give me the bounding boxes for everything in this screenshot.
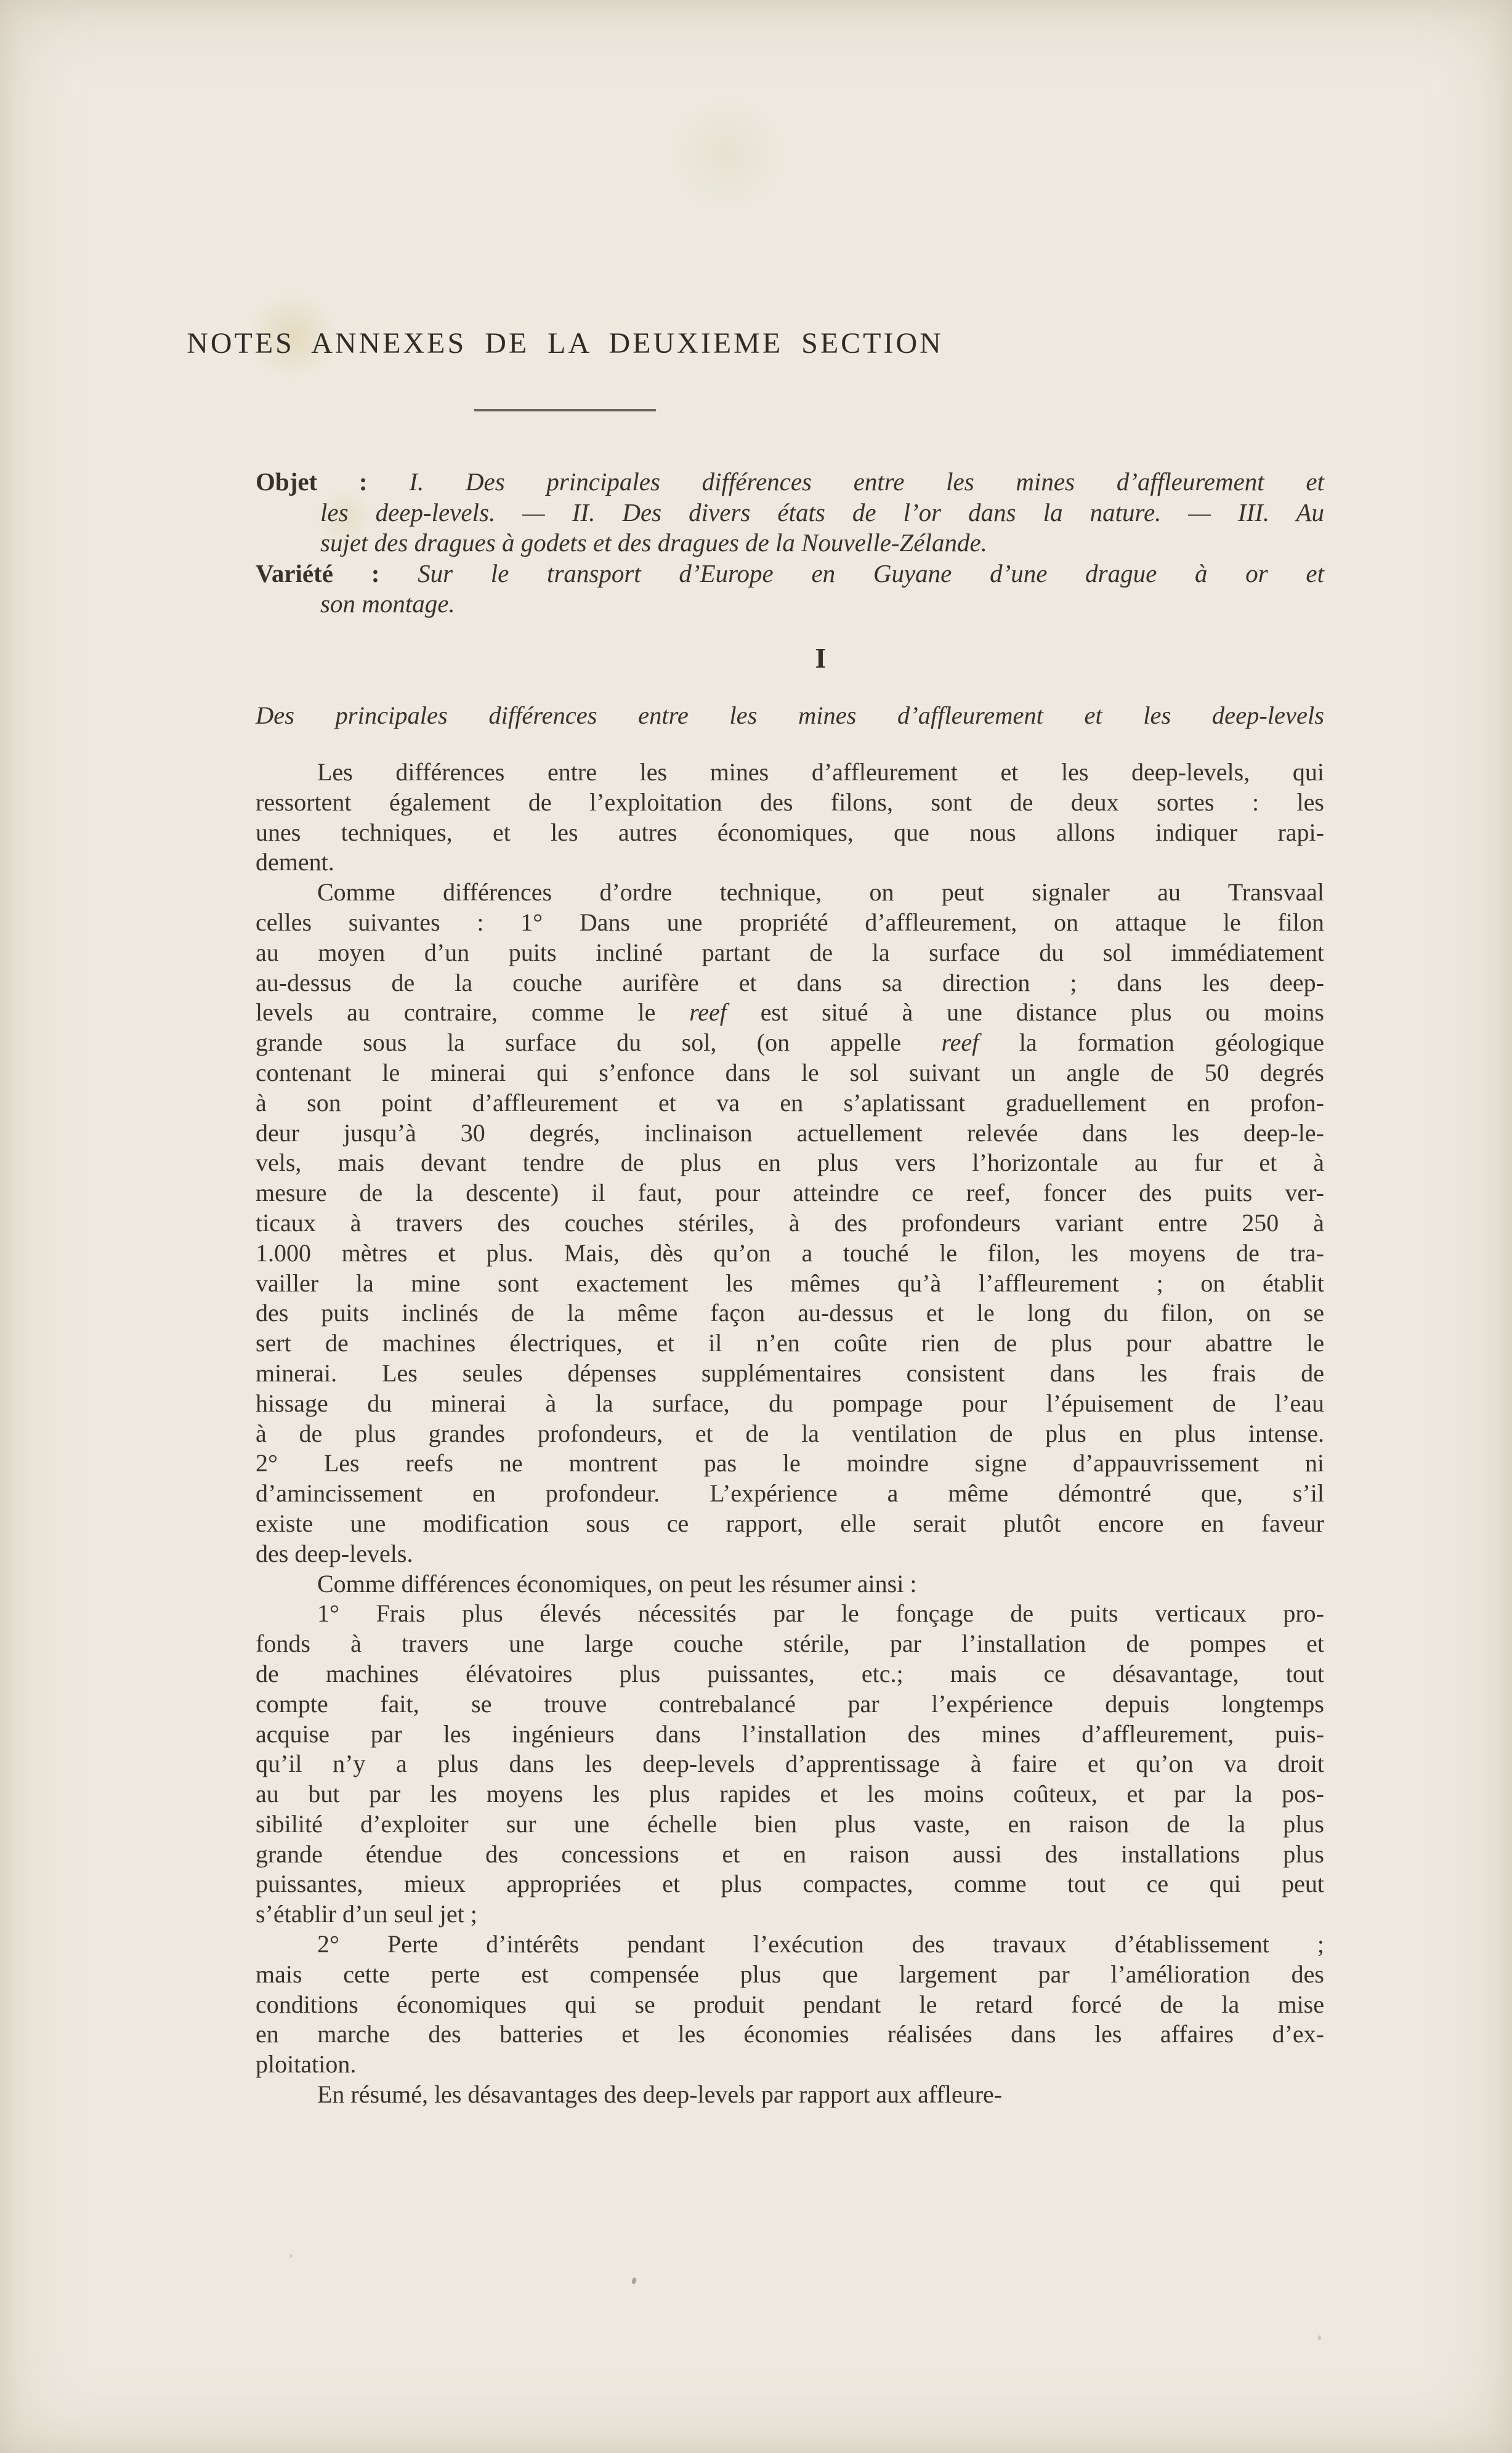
body-text: au-dessus de la couche aurifère et dans … bbox=[256, 969, 1324, 996]
body-text: des deep-levels. bbox=[256, 1540, 413, 1567]
body-line: mais cette perte est compensée plus que … bbox=[256, 1960, 1324, 1990]
paper-speck bbox=[1318, 2335, 1321, 2340]
body-line: deur jusqu’à 30 degrés, inclinaison actu… bbox=[256, 1118, 1324, 1149]
objet-label: Objet : bbox=[256, 467, 368, 496]
body-text: à de plus grandes profondeurs, et de la … bbox=[256, 1420, 1324, 1447]
objet-line: son montage. bbox=[256, 589, 1324, 620]
body-text: de machines élévatoires plus puissantes,… bbox=[256, 1660, 1324, 1687]
paper-stain bbox=[665, 99, 788, 209]
body-line: ploitation. bbox=[256, 2050, 1324, 2080]
objet-text: sujet des dragues à godets et des drague… bbox=[320, 528, 987, 557]
body-text: mesure de la descente) il faut, pour att… bbox=[256, 1179, 1324, 1206]
body-line: des puits inclinés de la même façon au-d… bbox=[256, 1298, 1324, 1328]
body-text: vailler la mine sont exactement les même… bbox=[256, 1269, 1324, 1297]
body-line: levels au contraire, comme le reef est s… bbox=[256, 998, 1324, 1028]
body-text: dement. bbox=[256, 848, 334, 876]
objet-block: Objet : I. Des principales différences e… bbox=[256, 467, 1324, 620]
body-line: 1° Frais plus élevés nécessités par le f… bbox=[256, 1599, 1324, 1629]
body-text: minerai. Les seules dépenses supplémenta… bbox=[256, 1359, 1324, 1387]
objet-label: Variété : bbox=[256, 559, 379, 588]
body-line: dement. bbox=[256, 847, 1324, 878]
body-text: 1.000 mètres et plus. Mais, dès qu’on a … bbox=[256, 1239, 1324, 1267]
body-line: au-dessus de la couche aurifère et dans … bbox=[256, 968, 1324, 998]
body-line: 1.000 mètres et plus. Mais, dès qu’on a … bbox=[256, 1239, 1324, 1269]
body-line: qu’il n’y a plus dans les deep-levels d’… bbox=[256, 1749, 1324, 1779]
body-line: de machines élévatoires plus puissantes,… bbox=[256, 1659, 1324, 1689]
body-line: s’établir d’un seul jet ; bbox=[256, 1899, 1324, 1930]
body-text: levels au contraire, comme le bbox=[256, 998, 689, 1026]
body-line: existe une modification sous ce rapport,… bbox=[256, 1509, 1324, 1539]
body-text: sert de machines électriques, et il n’en… bbox=[256, 1329, 1324, 1357]
body-text: vels, mais devant tendre de plus en plus… bbox=[256, 1149, 1324, 1176]
body-line: sibilité d’exploiter sur une échelle bie… bbox=[256, 1809, 1324, 1840]
body-text: En résumé, les désavantages des deep-lev… bbox=[317, 2080, 1002, 2108]
body-text: Comme différences économiques, on peut l… bbox=[317, 1570, 916, 1598]
body-line: en marche des batteries et les économies… bbox=[256, 2019, 1324, 2050]
body-text: des puits inclinés de la même façon au-d… bbox=[256, 1299, 1324, 1327]
body-line: au moyen d’un puits incliné partant de l… bbox=[256, 938, 1324, 968]
body-text: 1° Frais plus élevés nécessités par le f… bbox=[317, 1599, 1324, 1627]
objet-text: son montage. bbox=[320, 589, 455, 618]
body-line: celles suivantes : 1° Dans une propriété… bbox=[256, 908, 1324, 938]
italic-term: reef bbox=[689, 998, 727, 1026]
body-text: est situé à une distance plus ou moins bbox=[727, 998, 1324, 1026]
body-line: ticaux à travers des couches stériles, à… bbox=[256, 1208, 1324, 1239]
paper-speck bbox=[631, 2277, 637, 2285]
body-text: Les différences entre les mines d’affleu… bbox=[317, 758, 1324, 786]
body-line: à de plus grandes profondeurs, et de la … bbox=[256, 1419, 1324, 1449]
body-line: Les différences entre les mines d’affleu… bbox=[256, 758, 1324, 788]
body-text: d’amincissement en profondeur. L’expérie… bbox=[256, 1479, 1324, 1507]
objet-line: Variété : Sur le transport d’Europe en G… bbox=[256, 559, 1324, 589]
body-line: compte fait, se trouve contrebalancé par… bbox=[256, 1689, 1324, 1720]
body-text: 2° Perte d’intérêts pendant l’exécution … bbox=[317, 1930, 1324, 1958]
body-line: des deep-levels. bbox=[256, 1539, 1324, 1569]
body-line: unes techniques, et les autres économiqu… bbox=[256, 818, 1324, 848]
body-text: ressortent également de l’exploitation d… bbox=[256, 788, 1324, 816]
body-text: grande sous la surface du sol, (on appel… bbox=[256, 1028, 942, 1056]
body-text: ploitation. bbox=[256, 2050, 356, 2078]
objet-line: les deep-levels. — II. Des divers états … bbox=[256, 498, 1324, 528]
body-line: acquise par les ingénieurs dans l’instal… bbox=[256, 1720, 1324, 1750]
body-text: hissage du minerai à la surface, du pomp… bbox=[256, 1389, 1324, 1417]
body-line: à son point d’affleurement et va en s’ap… bbox=[256, 1088, 1324, 1118]
body-text: au but par les moyens les plus rapides e… bbox=[256, 1780, 1324, 1808]
body-line: minerai. Les seules dépenses supplémenta… bbox=[256, 1359, 1324, 1389]
body-line: 2° Les reefs ne montrent pas le moindre … bbox=[256, 1449, 1324, 1479]
body-text: mais cette perte est compensée plus que … bbox=[256, 1960, 1324, 1988]
body-line: 2° Perte d’intérêts pendant l’exécution … bbox=[256, 1930, 1324, 1960]
section-heading: Des principales différences entre les mi… bbox=[256, 701, 1324, 730]
objet-line: sujet des dragues à godets et des drague… bbox=[256, 528, 1324, 559]
body-line: Comme différences économiques, on peut l… bbox=[256, 1569, 1324, 1599]
body-text: deur jusqu’à 30 degrés, inclinaison actu… bbox=[256, 1119, 1324, 1147]
italic-term: reef bbox=[942, 1028, 979, 1056]
body-text: ticaux à travers des couches stériles, à… bbox=[256, 1209, 1324, 1237]
body-text: grande étendue des concessions et en rai… bbox=[256, 1840, 1324, 1868]
body-text: acquise par les ingénieurs dans l’instal… bbox=[256, 1720, 1324, 1748]
body-line: au but par les moyens les plus rapides e… bbox=[256, 1779, 1324, 1809]
body-text: qu’il n’y a plus dans les deep-levels d’… bbox=[256, 1750, 1324, 1777]
scanned-book-page: NOTES ANNEXES DE LA DEUXIEME SECTION Obj… bbox=[0, 0, 1512, 2453]
body-line: vels, mais devant tendre de plus en plus… bbox=[256, 1148, 1324, 1178]
title-divider-rule bbox=[474, 409, 656, 411]
objet-text: les deep-levels. — II. Des divers états … bbox=[320, 498, 1324, 527]
body-text: à son point d’affleurement et va en s’ap… bbox=[256, 1089, 1324, 1117]
body-text: puissantes, mieux appropriées et plus co… bbox=[256, 1870, 1324, 1897]
objet-text: Sur le transport d’Europe en Guyane d’un… bbox=[418, 559, 1324, 588]
body-text: sibilité d’exploiter sur une échelle bie… bbox=[256, 1810, 1324, 1838]
body-line: sert de machines électriques, et il n’en… bbox=[256, 1328, 1324, 1359]
body-text: en marche des batteries et les économies… bbox=[256, 2020, 1324, 2048]
body-text: au moyen d’un puits incliné partant de l… bbox=[256, 939, 1324, 966]
objet-line: Objet : I. Des principales différences e… bbox=[256, 467, 1324, 498]
body-text: existe une modification sous ce rapport,… bbox=[256, 1509, 1324, 1537]
body-lines: Les différences entre les mines d’affleu… bbox=[256, 758, 1324, 2110]
body-line: ressortent également de l’exploitation d… bbox=[256, 788, 1324, 818]
body-line: mesure de la descente) il faut, pour att… bbox=[256, 1178, 1324, 1208]
paper-speck bbox=[289, 2254, 293, 2258]
body-text: conditions économiques qui se produit pe… bbox=[256, 1990, 1324, 2018]
body-text: fonds à travers une large couche stérile… bbox=[256, 1630, 1324, 1657]
body-text: s’établir d’un seul jet ; bbox=[256, 1900, 477, 1928]
body-line: grande étendue des concessions et en rai… bbox=[256, 1840, 1324, 1870]
body-line: conditions économiques qui se produit pe… bbox=[256, 1990, 1324, 2020]
objet-text: I. Des principales différences entre les… bbox=[409, 467, 1324, 496]
section-number: I bbox=[286, 642, 1355, 674]
body-text: compte fait, se trouve contrebalancé par… bbox=[256, 1690, 1324, 1718]
body-line: puissantes, mieux appropriées et plus co… bbox=[256, 1869, 1324, 1899]
body-line: hissage du minerai à la surface, du pomp… bbox=[256, 1389, 1324, 1419]
body-text: contenant le minerai qui s’enfonce dans … bbox=[256, 1059, 1324, 1086]
body-text: 2° Les reefs ne montrent pas le moindre … bbox=[256, 1449, 1324, 1477]
body-line: fonds à travers une large couche stérile… bbox=[256, 1629, 1324, 1659]
body-line: contenant le minerai qui s’enfonce dans … bbox=[256, 1058, 1324, 1088]
body-text: unes techniques, et les autres économiqu… bbox=[256, 818, 1324, 846]
body-text: Comme différences d’ordre technique, on … bbox=[317, 878, 1324, 906]
body-line: grande sous la surface du sol, (on appel… bbox=[256, 1028, 1324, 1058]
page-title: NOTES ANNEXES DE LA DEUXIEME SECTION bbox=[31, 326, 1099, 360]
body-line: vailler la mine sont exactement les même… bbox=[256, 1269, 1324, 1299]
body-line: d’amincissement en profondeur. L’expérie… bbox=[256, 1479, 1324, 1509]
body-line: En résumé, les désavantages des deep-lev… bbox=[256, 2080, 1324, 2110]
body-text: la formation géologique bbox=[979, 1028, 1324, 1056]
body-line: Comme différences d’ordre technique, on … bbox=[256, 878, 1324, 908]
body-text: celles suivantes : 1° Dans une propriété… bbox=[256, 908, 1324, 936]
